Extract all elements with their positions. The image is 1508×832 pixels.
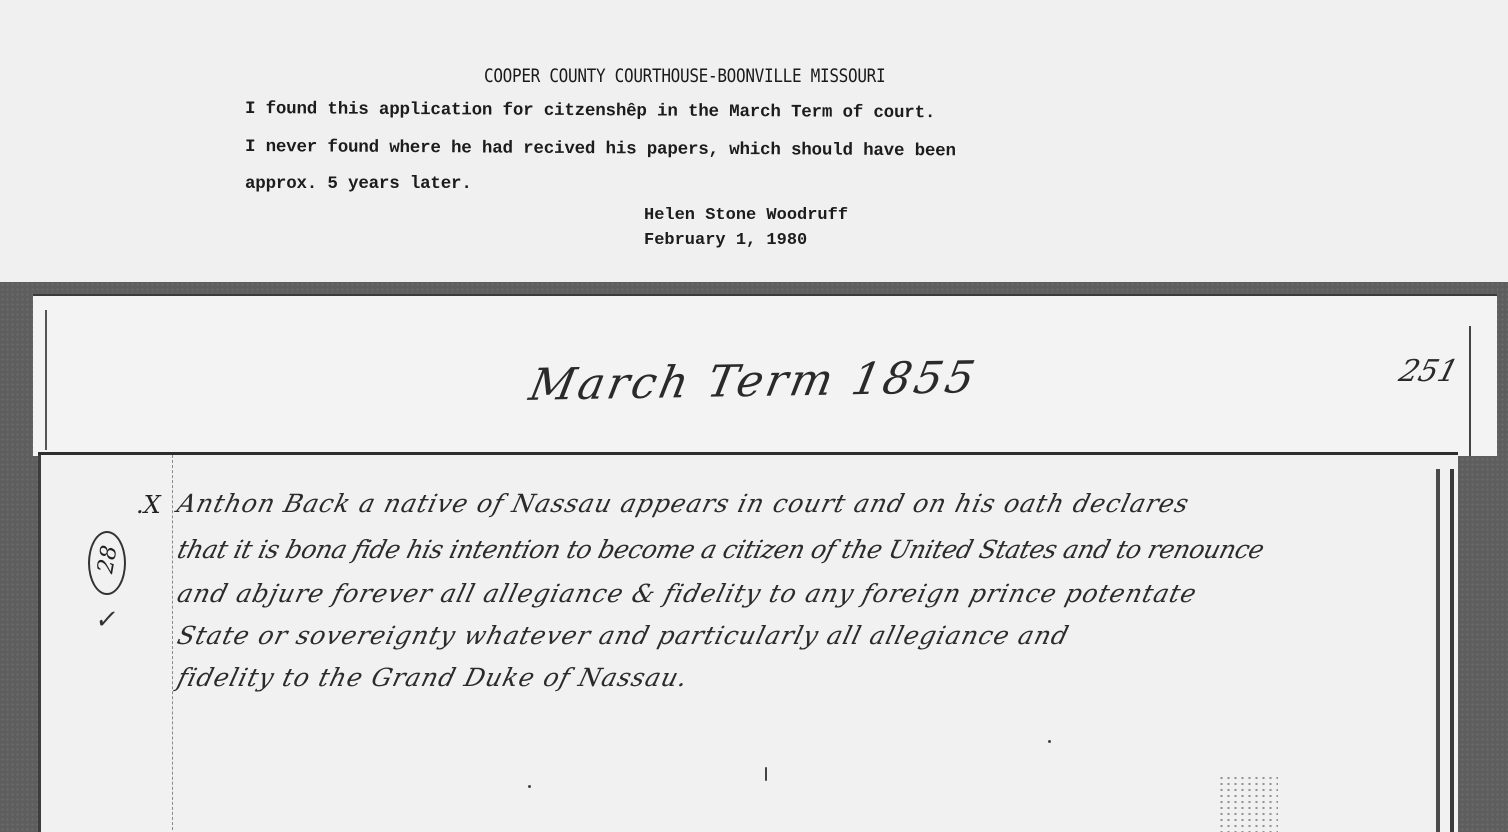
ink-stain (1218, 775, 1278, 832)
photocopy-record: March Term 1855 251 .X 28 ✓ Anthon Back … (0, 282, 1508, 832)
note-line-3: approx. 5 years later. (245, 174, 472, 194)
handwritten-line-4: State or sovereignty whatever and partic… (174, 621, 1072, 650)
typed-note: COOPER COUNTY COURTHOUSE-BOONVILLE MISSO… (0, 0, 1508, 284)
page-number: 251 (1395, 354, 1462, 389)
ink-speck (765, 767, 767, 781)
x-mark-icon: .X (136, 491, 161, 519)
margin-rule (172, 455, 174, 832)
strip-left-rule (45, 310, 47, 450)
ledger-right-edge (1450, 469, 1454, 832)
header-strip: March Term 1855 251 (33, 294, 1497, 456)
circled-number: 28 (88, 531, 126, 595)
handwritten-line-5: fidelity to the Grand Duke of Nassau. (174, 663, 691, 692)
ink-speck (1048, 740, 1051, 743)
note-line-1: I found this application for citzenshêp … (245, 99, 935, 123)
circled-number-value: 28 (93, 544, 122, 576)
handwritten-line-1: Anthon Back a native of Nassau appears i… (174, 489, 1192, 518)
ink-speck (528, 785, 531, 788)
strip-right-rule (1469, 326, 1471, 456)
ledger-right-rule (1436, 469, 1440, 832)
note-title: COOPER COUNTY COURTHOUSE-BOONVILLE MISSO… (484, 65, 885, 87)
term-heading: March Term 1855 (525, 352, 982, 411)
handwritten-line-2: that it is bona fide his intention to be… (174, 535, 1267, 564)
ledger-page: .X 28 ✓ Anthon Back a native of Nassau a… (38, 452, 1458, 832)
note-line-2: I never found where he had recived his p… (245, 137, 956, 161)
ledger-left-edge (38, 455, 41, 832)
signature-name: Helen Stone Woodruff (644, 206, 848, 225)
signature-date: February 1, 1980 (644, 231, 807, 250)
check-mark-icon: ✓ (93, 605, 120, 635)
handwritten-line-3: and abjure forever all allegiance & fide… (174, 579, 1200, 608)
